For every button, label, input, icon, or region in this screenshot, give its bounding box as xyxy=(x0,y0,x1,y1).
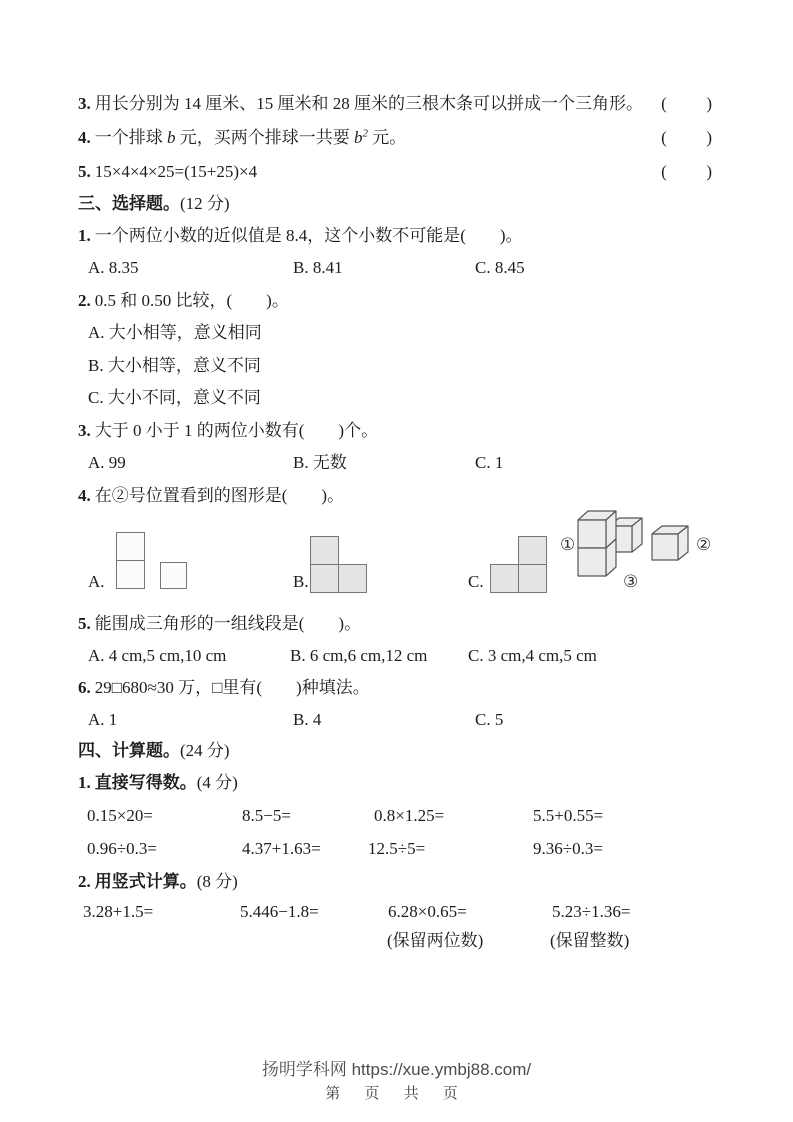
choice-q6-options: A. 1 B. 4 C. 5 xyxy=(78,708,714,732)
section-title: 三、选择题。 xyxy=(78,194,180,213)
variable-b: b xyxy=(167,128,176,147)
section-points: (24 分) xyxy=(180,741,230,760)
square-shape xyxy=(116,532,145,561)
figure-label-c: C. xyxy=(468,570,484,594)
answer-bracket: ( ) xyxy=(653,92,714,116)
figure-label-a: A. xyxy=(88,570,105,594)
calc-row-2: 0.96÷0.3= 4.37+1.63= 12.5÷5= 9.36÷0.3= xyxy=(78,837,714,861)
question-number: 4. xyxy=(78,128,95,147)
square-shape xyxy=(490,564,519,593)
square-shape xyxy=(310,536,339,565)
option-a: A. 99 xyxy=(88,451,126,475)
option-b: B. 8.41 xyxy=(293,256,343,280)
choice-q4-figures: A. B. C. ① ③ ② xyxy=(78,500,738,608)
option-c: C. 3 cm,4 cm,5 cm xyxy=(468,644,597,668)
choice-q3: 3.大于 0 小于 1 的两位小数有( )个。 xyxy=(78,419,714,443)
expression: 5.5+0.55= xyxy=(533,804,603,828)
question-number: 6. xyxy=(78,678,95,697)
choice-q2-option-b: B. 大小相等，意义不同 xyxy=(78,354,724,378)
square-shape xyxy=(518,536,547,565)
subsection-title: 直接写得数。 xyxy=(95,773,197,792)
question-number: 2. xyxy=(78,872,95,891)
option-b: B. 6 cm,6 cm,12 cm xyxy=(290,644,427,668)
square-shape xyxy=(310,564,339,593)
answer-bracket: ( ) xyxy=(653,126,714,150)
judge-item-5: 5.15×4×4×25=(15+25)×4 ( ) xyxy=(78,160,714,184)
cube-position-label-2: ② xyxy=(696,533,711,557)
choice-q5: 5.能围成三角形的一组线段是( )。 xyxy=(78,612,714,636)
option-a: A. 1 xyxy=(88,708,117,732)
calc-section-header: 四、计算题。(24 分) xyxy=(78,739,714,763)
expression: 12.5÷5= xyxy=(368,837,425,861)
question-text: 0.5 和 0.50 比较，( )。 xyxy=(95,291,289,310)
choice-q3-options: A. 99 B. 无数 C. 1 xyxy=(78,451,714,475)
expression: 5.23÷1.36= xyxy=(552,900,630,924)
choice-q1-options: A. 8.35 B. 8.41 C. 8.45 xyxy=(78,256,714,280)
choice-q2: 2.0.5 和 0.50 比较，( )。 xyxy=(78,289,714,313)
choice-q6: 6.29□680≈30 万，□里有( )种填法。 xyxy=(78,676,714,700)
variable-b-squared: b2 xyxy=(354,128,368,147)
question-text: 29□680≈30 万，□里有( )种填法。 xyxy=(95,678,370,697)
choice-q1: 1.一个两位小数的近似值是 8.4，这个小数不可能是( )。 xyxy=(78,224,714,248)
expression: 4.37+1.63= xyxy=(242,837,321,861)
question-number: 5. xyxy=(78,162,95,181)
footer-page-indicator: 第 页 共 页 xyxy=(0,1082,793,1106)
calc-sub1-header: 1.直接写得数。(4 分) xyxy=(78,771,714,795)
expression: 0.96÷0.3= xyxy=(87,837,157,861)
option-b: B. 4 xyxy=(293,708,321,732)
square-shape xyxy=(160,562,187,589)
question-number: 1. xyxy=(78,226,95,245)
question-text: 4.一个排球 b 元，买两个排球一共要 b2 元。 xyxy=(78,126,653,150)
expression: 0.15×20= xyxy=(87,804,153,828)
cube-position-label-1: ① xyxy=(560,533,575,557)
expression: 3.28+1.5= xyxy=(83,900,153,924)
question-text: 5.15×4×4×25=(15+25)×4 xyxy=(78,160,653,184)
square-shape xyxy=(518,564,547,593)
question-text: 大于 0 小于 1 的两位小数有( )个。 xyxy=(95,421,378,440)
option-b: B. 无数 xyxy=(293,451,347,475)
choice-q2-option-c: C. 大小不同，意义不同 xyxy=(78,386,724,410)
single-cube-figure xyxy=(650,522,696,564)
option-c: C. 5 xyxy=(475,708,503,732)
section-points: (12 分) xyxy=(180,194,230,213)
figure-label-b: B. xyxy=(293,570,309,594)
expression: 0.8×1.25= xyxy=(374,804,444,828)
rounding-note: (保留整数) xyxy=(550,929,629,953)
question-text: 一个两位小数的近似值是 8.4，这个小数不可能是( )。 xyxy=(95,226,523,245)
choice-section-header: 三、选择题。(12 分) xyxy=(78,192,714,216)
question-number: 5. xyxy=(78,614,95,633)
question-text: 3.用长分别为 14 厘米、15 厘米和 28 厘米的三根木条可以拼成一个三角形… xyxy=(78,92,653,116)
section-title: 四、计算题。 xyxy=(78,741,180,760)
rounding-note: (保留两位数) xyxy=(387,929,483,953)
option-c: C. 8.45 xyxy=(475,256,525,280)
option-a: A. 4 cm,5 cm,10 cm xyxy=(88,644,226,668)
expression: 8.5−5= xyxy=(242,804,291,828)
subsection-title: 用竖式计算。 xyxy=(95,872,197,891)
footer-site-url: 扬明学科网 https://xue.ymbj88.com/ xyxy=(0,1058,793,1082)
judge-item-3: 3.用长分别为 14 厘米、15 厘米和 28 厘米的三根木条可以拼成一个三角形… xyxy=(78,92,714,116)
cube-position-label-3: ③ xyxy=(623,570,638,594)
square-shape xyxy=(116,560,145,589)
subsection-points: (4 分) xyxy=(197,773,238,792)
judge-item-4: 4.一个排球 b 元，买两个排球一共要 b2 元。 ( ) xyxy=(78,126,714,150)
exam-page: 3.用长分别为 14 厘米、15 厘米和 28 厘米的三根木条可以拼成一个三角形… xyxy=(0,0,793,1122)
option-c: C. 1 xyxy=(475,451,503,475)
question-number: 1. xyxy=(78,773,95,792)
calc-row-3: 3.28+1.5= 5.446−1.8= 6.28×0.65= 5.23÷1.3… xyxy=(78,900,714,924)
choice-q2-option-a: A. 大小相等，意义相同 xyxy=(78,321,724,345)
question-number: 2. xyxy=(78,291,95,310)
square-shape xyxy=(338,564,367,593)
choice-q5-options: A. 4 cm,5 cm,10 cm B. 6 cm,6 cm,12 cm C.… xyxy=(78,644,714,668)
cube-stack-figure xyxy=(575,500,645,580)
calc-row-1: 0.15×20= 8.5−5= 0.8×1.25= 5.5+0.55= xyxy=(78,804,714,828)
calc-row-3-notes: (保留两位数) (保留整数) xyxy=(78,929,714,953)
question-number: 3. xyxy=(78,94,95,113)
expression: 5.446−1.8= xyxy=(240,900,319,924)
question-text: 能围成三角形的一组线段是( )。 xyxy=(95,614,361,633)
answer-bracket: ( ) xyxy=(653,160,714,184)
question-number: 3. xyxy=(78,421,95,440)
expression: 9.36÷0.3= xyxy=(533,837,603,861)
calc-sub2-header: 2.用竖式计算。(8 分) xyxy=(78,870,714,894)
subsection-points: (8 分) xyxy=(197,872,238,891)
expression: 6.28×0.65= xyxy=(388,900,467,924)
option-a: A. 8.35 xyxy=(88,256,139,280)
